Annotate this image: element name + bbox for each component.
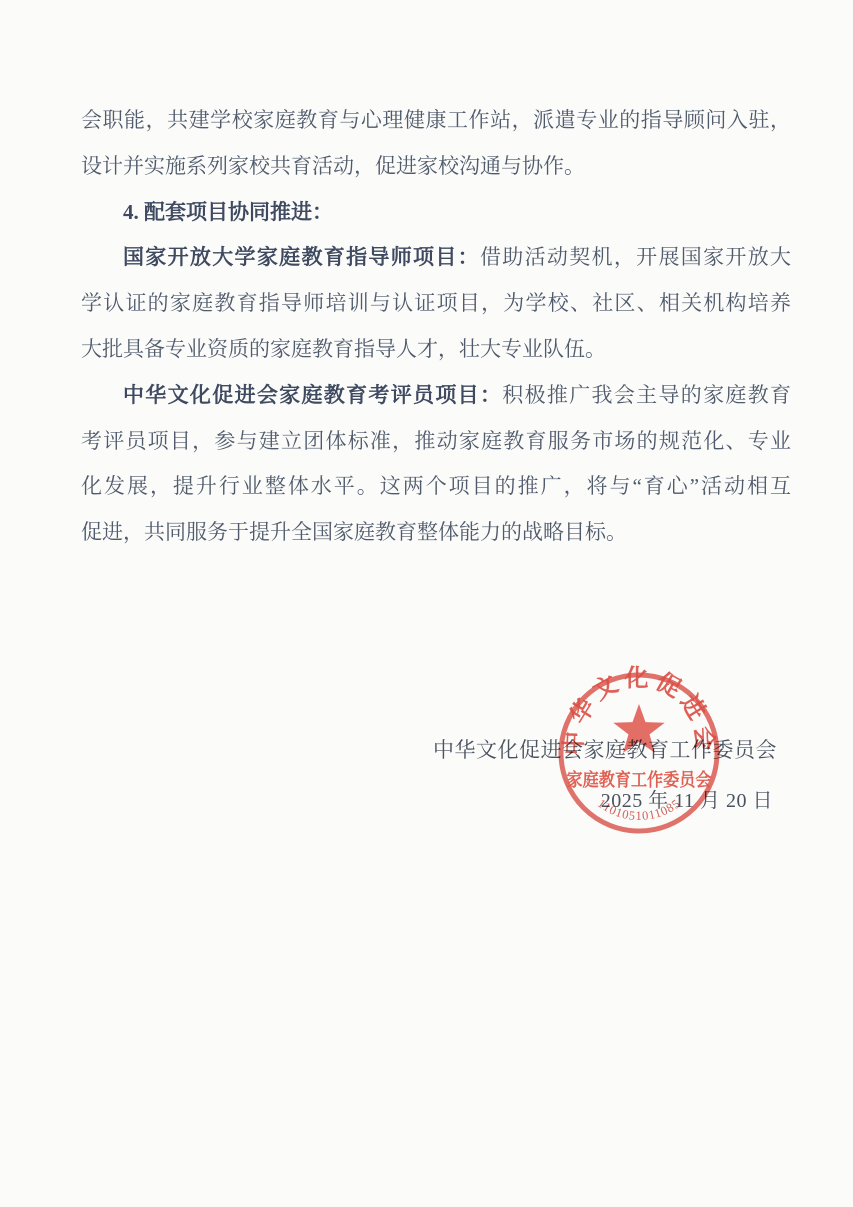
- seal-number-text: 1101051011085: [595, 796, 683, 823]
- text-line: 国家开放大学家庭教育指导师项目：借助活动契机，开展国家开放大: [81, 235, 791, 281]
- document-lines: 会职能，共建学校家庭教育与心理健康工作站，派遣专业的指导顾问入驻，设计并实施系列…: [81, 98, 791, 556]
- seal-center-text: 家庭教育工作委员会: [567, 769, 712, 790]
- text-line: 化发展，提升行业整体水平。这两个项目的推广，将与“育心”活动相互: [81, 464, 791, 510]
- text-line: 4. 配套项目协同推进：: [81, 190, 791, 236]
- text-line: 大批具备专业资质的家庭教育指导人才，壮大专业队伍。: [81, 327, 791, 373]
- text-line: 中华文化促进会家庭教育考评员项目：积极推广我会主导的家庭教育: [81, 373, 791, 419]
- text-line-body: 促进，共同服务于提升全国家庭教育整体能力的战略目标。: [81, 520, 627, 544]
- text-line: 设计并实施系列家校共育活动，促进家校沟通与协作。: [81, 144, 791, 190]
- text-line: 促进，共同服务于提升全国家庭教育整体能力的战略目标。: [81, 510, 791, 556]
- seal-star-icon: [613, 704, 664, 753]
- official-seal: 中华文化促进会 家庭教育工作委员会 1101051011085: [539, 653, 739, 853]
- document-page: 会职能，共建学校家庭教育与心理健康工作站，派遣专业的指导顾问入驻，设计并实施系列…: [0, 0, 853, 1207]
- text-line-bold-lead: 国家开放大学家庭教育指导师项目：: [123, 245, 480, 269]
- text-line-body: 考评员项目，参与建立团体标准，推动家庭教育服务市场的规范化、专业: [81, 429, 791, 453]
- svg-text:1101051011085: 1101051011085: [595, 796, 683, 823]
- text-line: 考评员项目，参与建立团体标准，推动家庭教育服务市场的规范化、专业: [81, 419, 791, 465]
- text-line-body: 设计并实施系列家校共育活动，促进家校沟通与协作。: [81, 154, 585, 178]
- text-line: 学认证的家庭教育指导师培训与认证项目，为学校、社区、相关机构培养: [81, 281, 791, 327]
- text-line-body: 大批具备专业资质的家庭教育指导人才，壮大专业队伍。: [81, 337, 606, 361]
- text-line-body: 借助活动契机，开展国家开放大: [480, 245, 791, 269]
- text-line-bold-lead: 4. 配套项目协同推进：: [123, 200, 333, 224]
- text-line: 会职能，共建学校家庭教育与心理健康工作站，派遣专业的指导顾问入驻，: [81, 98, 791, 144]
- text-line-bold-lead: 中华文化促进会家庭教育考评员项目：: [123, 383, 502, 407]
- text-line-body: 化发展，提升行业整体水平。这两个项目的推广，将与“育心”活动相互: [81, 474, 791, 498]
- text-line-body: 会职能，共建学校家庭教育与心理健康工作站，派遣专业的指导顾问入驻，: [81, 108, 791, 132]
- text-line-body: 积极推广我会主导的家庭教育: [502, 383, 791, 407]
- text-line-body: 学认证的家庭教育指导师培训与认证项目，为学校、社区、相关机构培养: [81, 291, 791, 315]
